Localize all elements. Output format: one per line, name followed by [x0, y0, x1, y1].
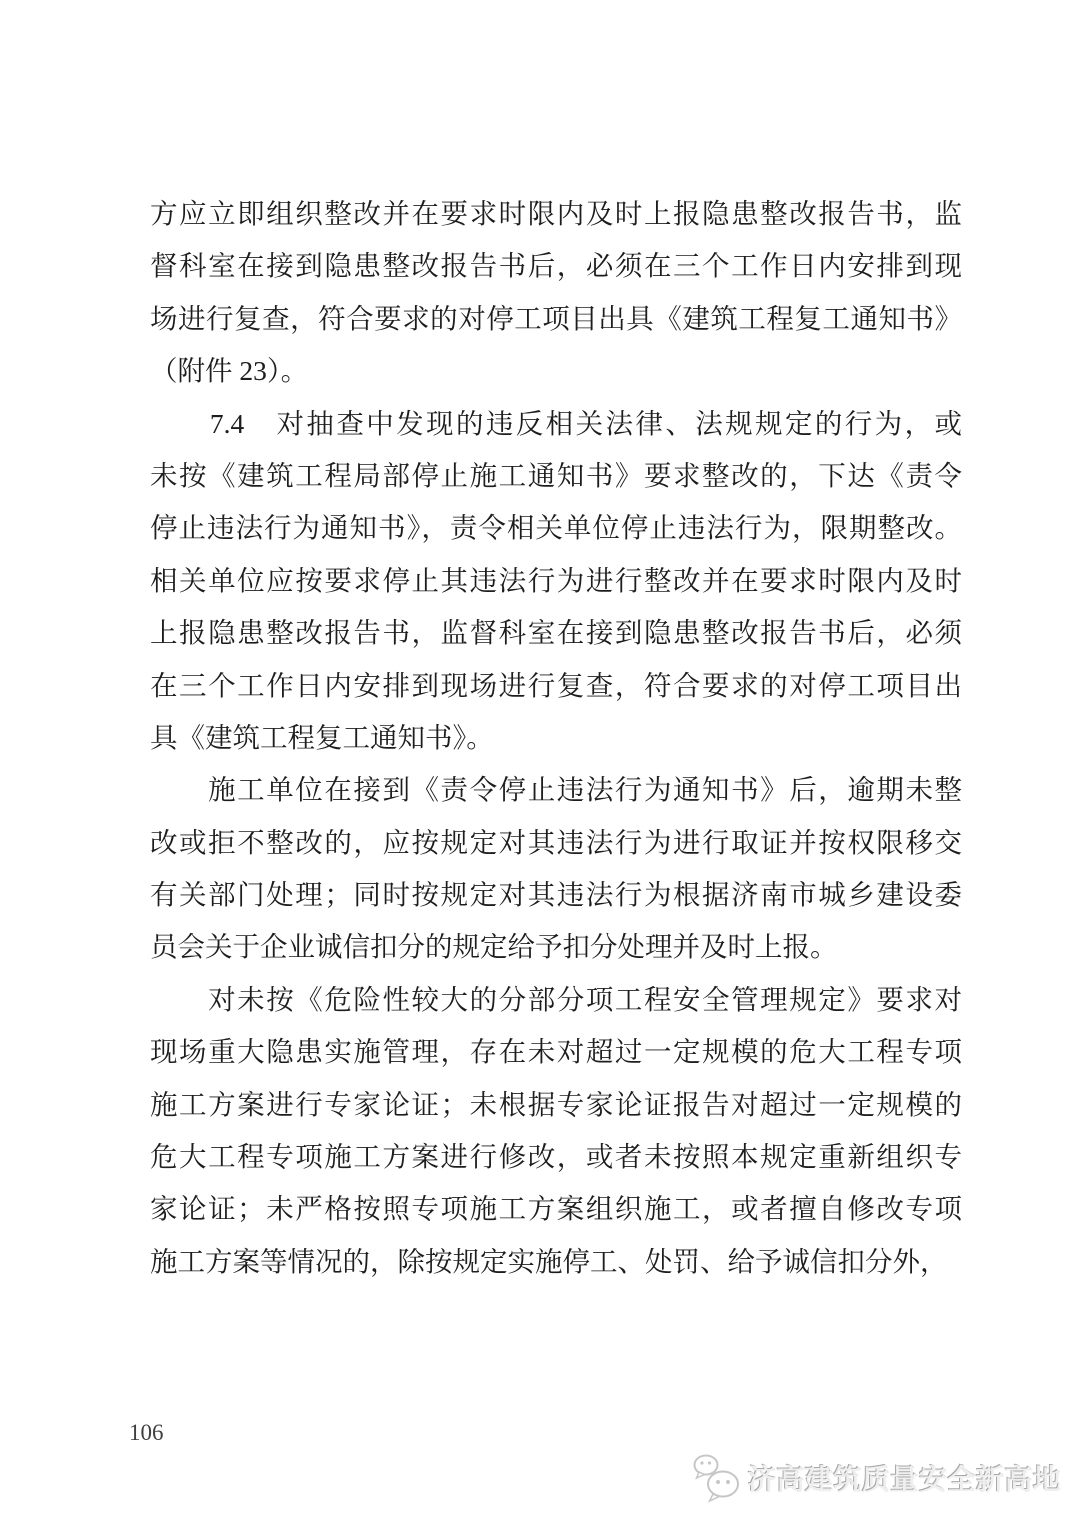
- text-line: （附件 23）。: [150, 345, 962, 397]
- text-line: 员会关于企业诚信扣分的规定给予扣分处理并及时上报。: [150, 921, 962, 973]
- text-line: 在三个工作日内安排到现场进行复查，符合要求的对停工项目出: [150, 660, 962, 712]
- text-line: 改或拒不整改的，应按规定对其违法行为进行取证并按权限移交: [150, 817, 962, 869]
- text-line: 有关部门处理；同时按规定对其违法行为根据济南市城乡建设委: [150, 869, 962, 921]
- paragraph: 7.4 对抽查中发现的违反相关法律、法规规定的行为，或 未按《建筑工程局部停止施…: [150, 398, 962, 765]
- watermark-text: 济高建筑质量安全新高地: [748, 1458, 1062, 1498]
- text-line: 危大工程专项施工方案进行修改，或者未按照本规定重新组织专: [150, 1131, 962, 1183]
- paragraph: 方应立即组织整改并在要求时限内及时上报隐患整改报告书，监 督科室在接到隐患整改报…: [150, 188, 962, 398]
- page-number: 106: [129, 1420, 164, 1446]
- text-line: 督科室在接到隐患整改报告书后，必须在三个工作日内安排到现: [150, 240, 962, 292]
- paragraph: 施工单位在接到《责令停止违法行为通知书》后，逾期未整 改或拒不整改的，应按规定对…: [150, 764, 962, 974]
- text-line: 家论证；未严格按照专项施工方案组织施工，或者擅自修改专项: [150, 1183, 962, 1235]
- text-line: 施工方案进行专家论证；未根据专家论证报告对超过一定规模的: [150, 1079, 962, 1131]
- document-text: 方应立即组织整改并在要求时限内及时上报隐患整改报告书，监 督科室在接到隐患整改报…: [150, 188, 962, 1288]
- text-line: 上报隐患整改报告书，监督科室在接到隐患整改报告书后，必须: [150, 607, 962, 659]
- text-line: 相关单位应按要求停止其违法行为进行整改并在要求时限内及时: [150, 555, 962, 607]
- document-page: 方应立即组织整改并在要求时限内及时上报隐患整改报告书，监 督科室在接到隐患整改报…: [0, 0, 1080, 1527]
- wechat-icon: [692, 1452, 742, 1504]
- text-line: 方应立即组织整改并在要求时限内及时上报隐患整改报告书，监: [150, 188, 962, 240]
- text-line: 施工单位在接到《责令停止违法行为通知书》后，逾期未整: [150, 764, 962, 816]
- watermark: 济高建筑质量安全新高地: [692, 1452, 1062, 1504]
- text-line: 具《建筑工程复工通知书》。: [150, 712, 962, 764]
- text-line: 对未按《危险性较大的分部分项工程安全管理规定》要求对: [150, 974, 962, 1026]
- text-line: 停止违法行为通知书》，责令相关单位停止违法行为，限期整改。: [150, 502, 962, 554]
- text-line: 未按《建筑工程局部停止施工通知书》要求整改的，下达《责令: [150, 450, 962, 502]
- text-line: 7.4 对抽查中发现的违反相关法律、法规规定的行为，或: [150, 398, 962, 450]
- text-line: 现场重大隐患实施管理，存在未对超过一定规模的危大工程专项: [150, 1026, 962, 1078]
- text-line: 场进行复查，符合要求的对停工项目出具《建筑工程复工通知书》: [150, 293, 962, 345]
- text-line: 施工方案等情况的，除按规定实施停工、处罚、给予诚信扣分外，: [150, 1236, 962, 1288]
- paragraph: 对未按《危险性较大的分部分项工程安全管理规定》要求对 现场重大隐患实施管理，存在…: [150, 974, 962, 1288]
